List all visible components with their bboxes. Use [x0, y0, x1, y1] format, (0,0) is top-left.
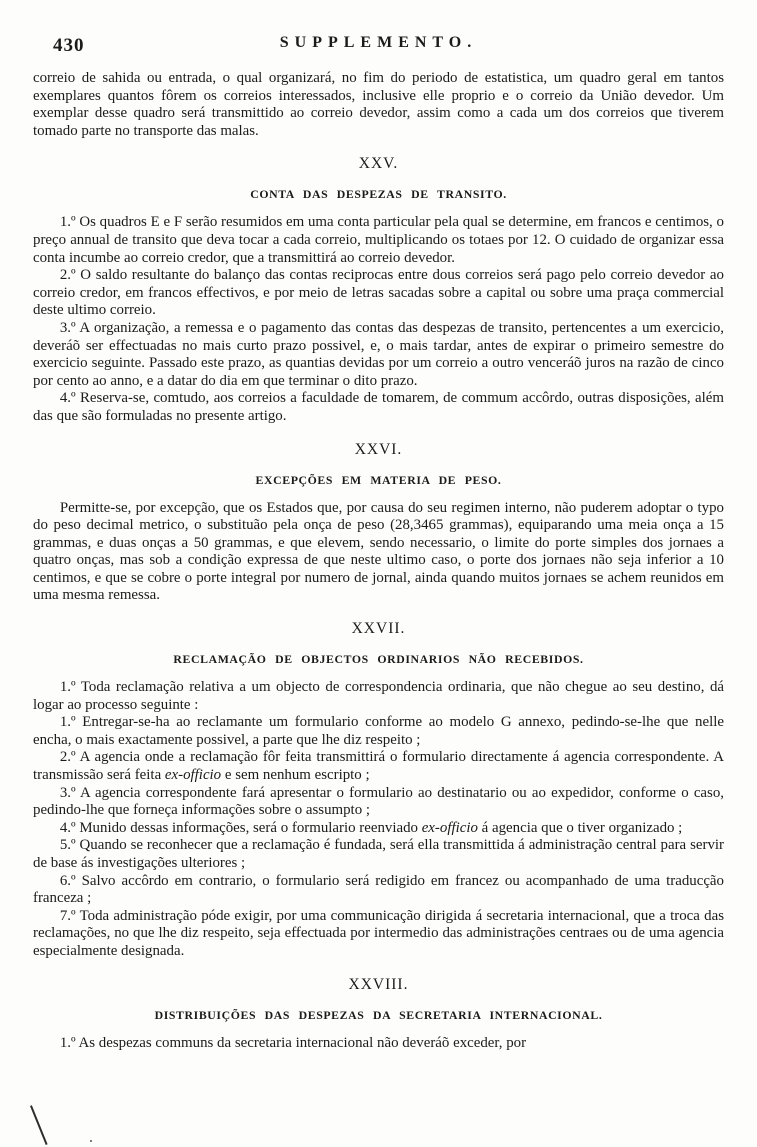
paragraph: 1.º Entregar-se-ha ao reclamante um form…: [33, 714, 724, 749]
page-body: correio de sahida ou entrada, o qual org…: [33, 70, 724, 1052]
scanned-page: 430 SUPPLEMENTO. correio de sahida ou en…: [0, 0, 757, 1147]
paragraph: 1.º Os quadros E e F serão resumidos em …: [33, 214, 724, 267]
section-xxviii: XXVIII. DISTRIBUIÇÕES DAS DESPEZAS DA SE…: [33, 976, 724, 1053]
section-number: XXVII.: [33, 620, 724, 638]
section-number: XXV.: [33, 155, 724, 173]
paragraph: 7.º Toda administração póde exigir, por …: [33, 908, 724, 961]
section-number: XXVI.: [33, 441, 724, 459]
section-title: DISTRIBUIÇÕES DAS DESPEZAS DA SECRETARIA…: [33, 1008, 724, 1023]
section-title: RECLAMAÇÃO DE OBJECTOS ORDINARIOS NÃO RE…: [33, 652, 724, 667]
section-xxvii: XXVII. RECLAMAÇÃO DE OBJECTOS ORDINARIOS…: [33, 620, 724, 961]
paragraph: 1.º Toda reclamação relativa a um object…: [33, 679, 724, 714]
page-title: SUPPLEMENTO.: [33, 34, 724, 52]
section-xxv: XXV. CONTA DAS DESPEZAS DE TRANSITO. 1.º…: [33, 155, 724, 425]
paragraph: 4.º Reserva-se, comtudo, aos correios a …: [33, 390, 724, 425]
section-xxvi: XXVI. EXCEPÇÕES EM MATERIA DE PESO. Perm…: [33, 441, 724, 606]
paragraph: 3.º A organização, a remessa e o pagamen…: [33, 320, 724, 390]
paragraph: 6.º Salvo accôrdo em contrario, o formul…: [33, 873, 724, 908]
paragraph: 1.º As despezas communs da secretaria in…: [33, 1035, 724, 1053]
section-number: XXVIII.: [33, 976, 724, 994]
scan-artifact-speck: [90, 1140, 92, 1142]
paragraph: 2.º O saldo resultante do balanço das co…: [33, 267, 724, 320]
paragraph: 4.º Munido dessas informações, será o fo…: [33, 820, 724, 838]
page-header: 430 SUPPLEMENTO.: [33, 34, 724, 60]
section-title: CONTA DAS DESPEZAS DE TRANSITO.: [33, 187, 724, 202]
page-number: 430: [53, 35, 85, 57]
continuation-paragraph: correio de sahida ou entrada, o qual org…: [33, 70, 724, 140]
paragraph: 2.º A agencia onde a reclamação fôr feit…: [33, 749, 724, 784]
paragraph: Permitte-se, por excepção, que os Estado…: [33, 500, 724, 606]
paragraph: 3.º A agencia correspondente fará aprese…: [33, 785, 724, 820]
scan-artifact-line: [30, 1105, 48, 1145]
section-title: EXCEPÇÕES EM MATERIA DE PESO.: [33, 473, 724, 488]
paragraph: 5.º Quando se reconhecer que a reclamaçã…: [33, 837, 724, 872]
